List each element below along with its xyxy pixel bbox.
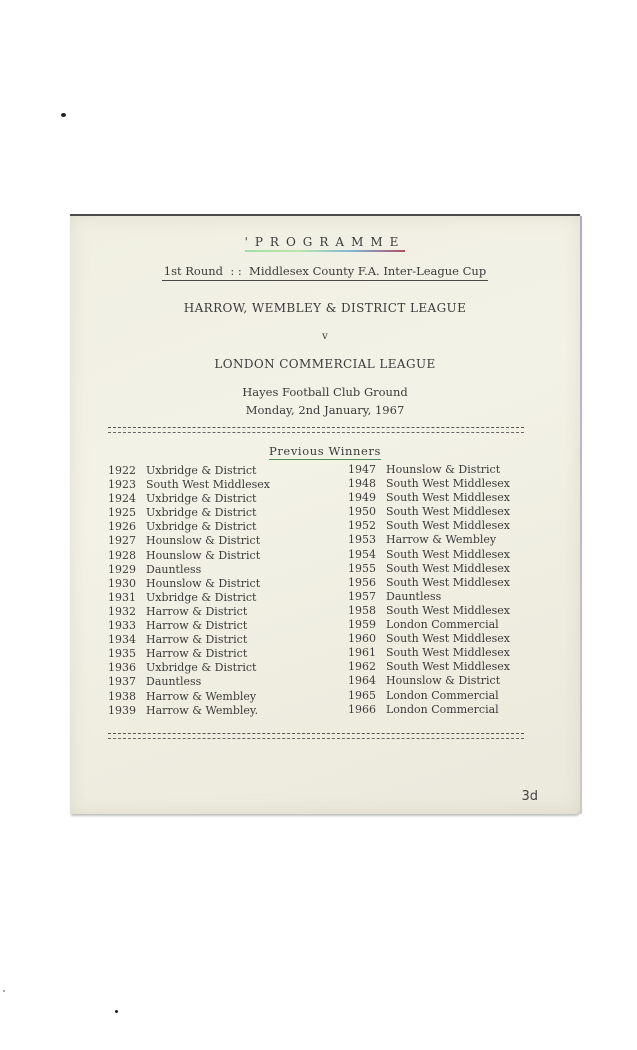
winner-row: 1930Hounslow & District [108,577,270,591]
winner-year: 1930 [108,577,146,591]
winner-name: South West Middlesex [386,519,510,532]
winner-row: 1928Hounslow & District [108,549,270,563]
winner-row: 1935Harrow & District [108,647,270,661]
winner-year: 1928 [108,549,146,563]
winner-year: 1947 [348,463,386,477]
winner-year: 1932 [108,605,146,619]
winner-name: Hounslow & District [386,463,500,476]
winner-row: 1950South West Middlesex [348,505,510,519]
winner-row: 1932Harrow & District [108,605,270,619]
winner-name: Dauntless [146,675,201,688]
winner-row: 1923South West Middlesex [108,478,270,492]
winner-name: Uxbridge & District [146,464,256,477]
winner-name: Harrow & District [146,605,247,618]
winner-name: South West Middlesex [386,505,510,518]
winner-row: 1938Harrow & Wembley [108,690,270,704]
winner-row: 1959London Commercial [348,618,510,632]
price: 3d [521,789,538,804]
winner-row: 1956South West Middlesex [348,576,510,590]
winner-year: 1964 [348,674,386,688]
winner-row: 1926Uxbridge & District [108,520,270,534]
winner-name: South West Middlesex [386,562,510,575]
winner-row: 1947Hounslow & District [348,463,510,477]
winner-row: 1966London Commercial [348,703,510,717]
winner-name: Uxbridge & District [146,661,256,674]
winner-year: 1957 [348,590,386,604]
winner-row: 1929Dauntless [108,563,270,577]
round-line: 1st Round : : Middlesex County F.A. Inte… [70,264,580,278]
winner-name: London Commercial [386,703,499,716]
winner-row: 1955South West Middlesex [348,562,510,576]
winner-year: 1949 [348,491,386,505]
winner-year: 1933 [108,619,146,633]
winner-row: 1965London Commercial [348,689,510,703]
winner-year: 1960 [348,632,386,646]
winner-year: 1956 [348,576,386,590]
winner-row: 1954South West Middlesex [348,548,510,562]
winner-name: South West Middlesex [386,477,510,490]
winner-name: South West Middlesex [386,548,510,561]
winner-row: 1933Harrow & District [108,619,270,633]
winner-row: 1931Uxbridge & District [108,591,270,605]
match-date: Monday, 2nd January, 1967 [70,403,580,417]
winner-name: Hounslow & District [146,534,260,547]
programme-card: 'PROGRAMME 1st Round : : Middlesex Count… [70,214,580,814]
winner-year: 1927 [108,534,146,548]
winner-name: Dauntless [386,590,441,603]
winner-row: 1958South West Middlesex [348,604,510,618]
venue: Hayes Football Club Ground [70,385,580,399]
winner-row: 1949South West Middlesex [348,491,510,505]
winner-year: 1965 [348,689,386,703]
winner-year: 1958 [348,604,386,618]
winner-name: Dauntless [146,563,201,576]
winner-row: 1964Hounslow & District [348,674,510,688]
winner-year: 1952 [348,519,386,533]
winner-name: Hounslow & District [146,549,260,562]
winner-name: South West Middlesex [386,604,510,617]
winners-list-right: 1947Hounslow & District1948South West Mi… [348,463,510,717]
winner-year: 1923 [108,478,146,492]
winner-year: 1937 [108,675,146,689]
winner-year: 1959 [348,618,386,632]
winner-name: Uxbridge & District [146,591,256,604]
winner-year: 1934 [108,633,146,647]
winner-row: 1934Harrow & District [108,633,270,647]
winner-year: 1955 [348,562,386,576]
winner-year: 1929 [108,563,146,577]
winner-row: 1925Uxbridge & District [108,506,270,520]
winner-row: 1961South West Middlesex [348,646,510,660]
winner-year: 1925 [108,506,146,520]
winner-year: 1935 [108,647,146,661]
winner-name: South West Middlesex [386,646,510,659]
winner-name: South West Middlesex [386,660,510,673]
winner-row: 1960South West Middlesex [348,632,510,646]
winner-year: 1926 [108,520,146,534]
winner-row: 1922Uxbridge & District [108,464,270,478]
winner-row: 1952South West Middlesex [348,519,510,533]
winner-name: Uxbridge & District [146,492,256,505]
winner-name: South West Middlesex [386,491,510,504]
winner-name: Harrow & Wembley [146,690,256,703]
winner-name: Harrow & Wembley [386,533,496,546]
winner-year: 1948 [348,477,386,491]
winner-year: 1953 [348,533,386,547]
winner-year: 1936 [108,661,146,675]
winner-year: 1931 [108,591,146,605]
previous-winners-title-text: Previous Winners [269,444,381,460]
winner-row: 1953Harrow & Wembley [348,533,510,547]
scan-speck [115,1010,118,1013]
winner-year: 1950 [348,505,386,519]
away-team: LONDON COMMERCIAL LEAGUE [70,357,580,371]
winner-row: 1936Uxbridge & District [108,661,270,675]
winner-year: 1954 [348,548,386,562]
winner-row: 1924Uxbridge & District [108,492,270,506]
winner-name: Harrow & Wembley. [146,704,258,717]
previous-winners-title: Previous Winners [70,444,580,458]
winner-year: 1939 [108,704,146,718]
winner-year: 1962 [348,660,386,674]
winner-row: 1957Dauntless [348,590,510,604]
winners-list-left: 1922Uxbridge & District1923South West Mi… [108,464,270,718]
home-team: HARROW, WEMBLEY & DISTRICT LEAGUE [70,301,580,315]
winner-row: 1927Hounslow & District [108,534,270,548]
winner-year: 1966 [348,703,386,717]
scan-speck [61,113,66,117]
winner-year: 1924 [108,492,146,506]
winner-row: 1939Harrow & Wembley. [108,704,270,718]
winner-name: Harrow & District [146,633,247,646]
divider-bottom [108,733,524,739]
versus: v [70,331,580,342]
winner-name: South West Middlesex [146,478,270,491]
winner-year: 1922 [108,464,146,478]
winner-name: Uxbridge & District [146,520,256,533]
winner-name: South West Middlesex [386,632,510,645]
scan-speck [3,990,5,992]
winner-year: 1961 [348,646,386,660]
winner-row: 1948South West Middlesex [348,477,510,491]
winner-row: 1937Dauntless [108,675,270,689]
winner-name: London Commercial [386,618,499,631]
round-line-text: 1st Round : : Middlesex County F.A. Inte… [162,264,488,281]
winner-year: 1938 [108,690,146,704]
winner-name: South West Middlesex [386,576,510,589]
winner-name: Harrow & District [146,619,247,632]
programme-heading-text: 'PROGRAMME [245,235,406,252]
programme-heading: 'PROGRAMME [70,235,580,249]
winner-name: London Commercial [386,689,499,702]
winner-name: Harrow & District [146,647,247,660]
winner-name: Hounslow & District [146,577,260,590]
divider-top [108,427,524,433]
winner-name: Uxbridge & District [146,506,256,519]
winner-row: 1962South West Middlesex [348,660,510,674]
winner-name: Hounslow & District [386,674,500,687]
